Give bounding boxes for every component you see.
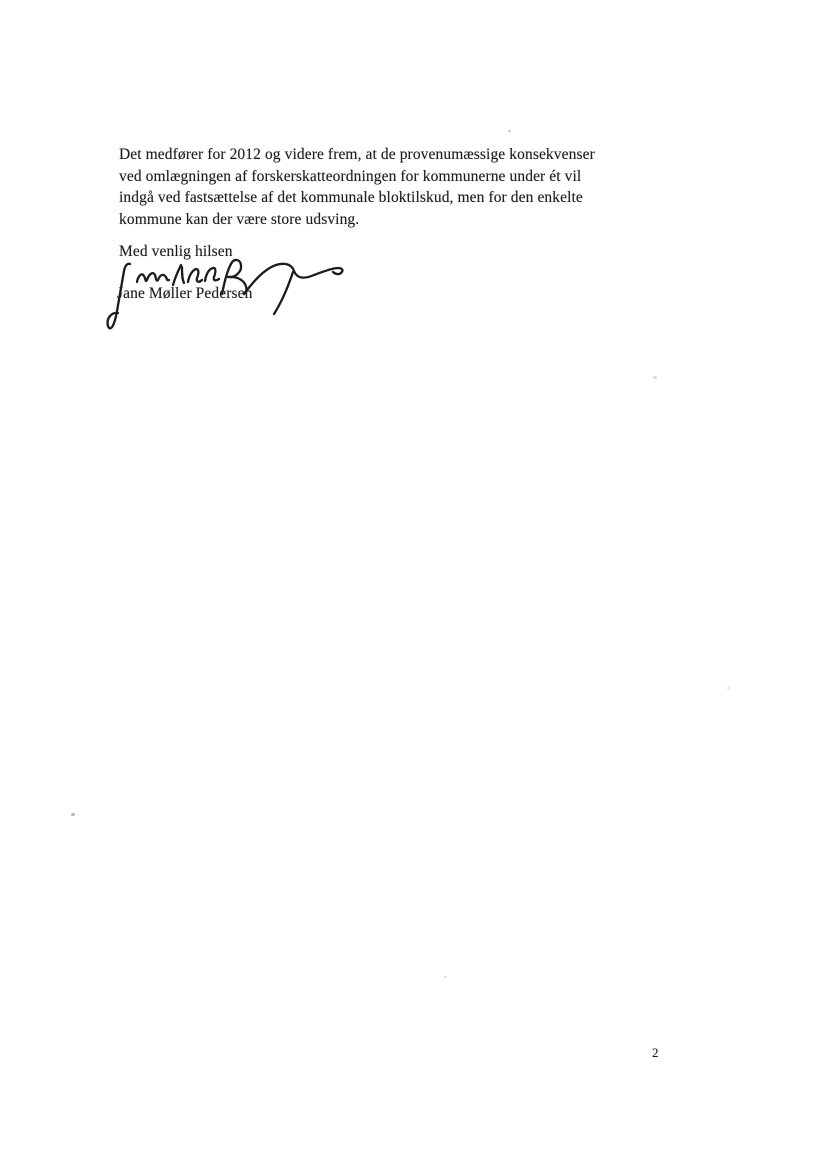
handwritten-signature-icon — [106, 253, 358, 339]
scan-speck — [653, 376, 657, 379]
paragraph-line: ved omlægningen af forskerskatteordninge… — [119, 166, 634, 188]
page-number: 2 — [652, 1045, 659, 1061]
scanned-letter-page: Det medfører for 2012 og videre frem, at… — [0, 0, 826, 1168]
paragraph-line: kommune kan der være store udsving. — [119, 209, 634, 231]
scan-speck — [444, 976, 447, 978]
paragraph-line: Det medfører for 2012 og videre frem, at… — [119, 144, 634, 166]
scan-speck — [71, 813, 75, 816]
paragraph-line: indgå ved fastsættelse af det kommunale … — [119, 187, 634, 209]
scan-speck — [508, 130, 511, 132]
body-paragraph: Det medfører for 2012 og videre frem, at… — [119, 144, 634, 231]
scan-speck — [727, 687, 730, 689]
